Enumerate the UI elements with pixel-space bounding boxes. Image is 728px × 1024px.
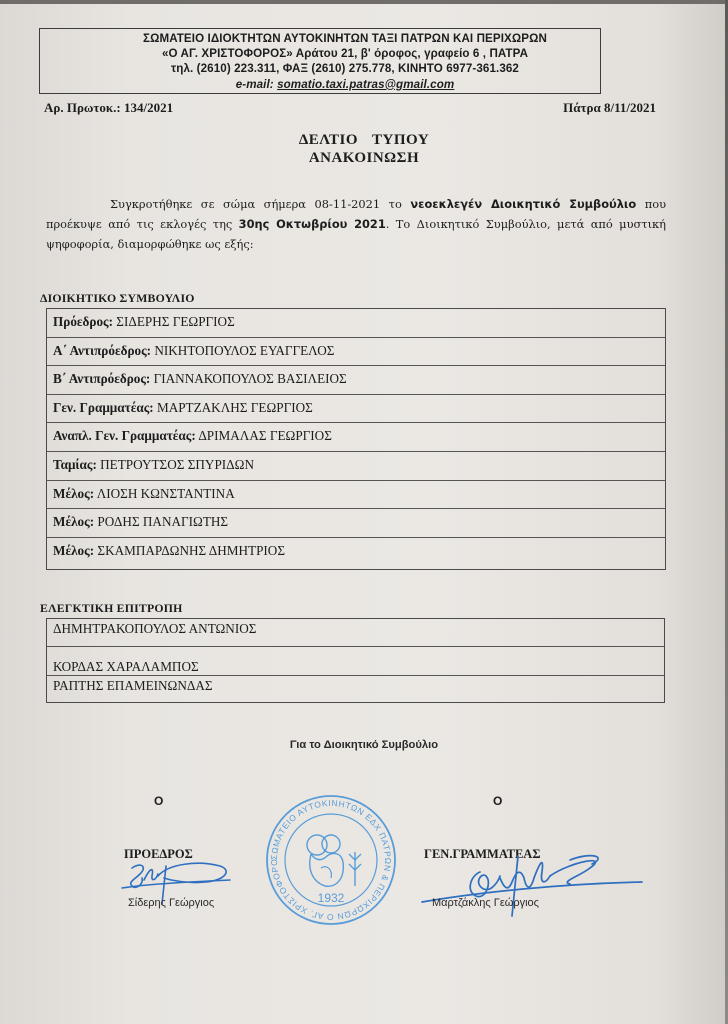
board-member-role: Αναπλ. Γεν. Γραμματέας: <box>53 428 196 443</box>
left-article: Ο <box>154 794 163 808</box>
audit-member-row: ΔΗΜΗΤΡΑΚΟΠΟΥΛΟΣ ΑΝΤΩΝΙΟΣ <box>47 619 664 647</box>
email-link[interactable]: somatio.taxi.patras@gmail.com <box>277 78 454 91</box>
board-member-name: ΛΙΟΣΗ ΚΩΝΣΤΑΝΤΙΝΑ <box>97 486 235 501</box>
letterhead-address: «Ο ΑΓ. ΧΡΙΣΤΟΦΟΡΟΣ» Αράτου 21, β' όροφος… <box>90 46 600 61</box>
board-member-name: ΣΚΑΜΠΑΡΔΩΝΗΣ ΔΗΜΗΤΡΙΟΣ <box>97 543 285 558</box>
board-member-name: ΣΙΔΕΡΗΣ ΓΕΩΡΓΙΟΣ <box>116 314 234 329</box>
board-member-name: ΠΕΤΡΟΥΤΣΟΣ ΣΠΥΡΙΔΩΝ <box>100 457 254 472</box>
letterhead-phones: τηλ. (2610) 223.311, ΦΑΞ (2610) 275.778,… <box>90 61 600 76</box>
board-member-row: Μέλος: ΡΟΔΗΣ ΠΑΝΑΓΙΩΤΗΣ <box>47 509 665 538</box>
board-member-role: Α΄ Αντιπρόεδρος: <box>53 343 151 358</box>
audit-heading: ΕΛΕΓΚΤΙΚΗ ΕΠΙΤΡΟΠΗ <box>40 601 182 616</box>
board-member-row: Ταμίας: ΠΕΤΡΟΥΤΣΟΣ ΣΠΥΡΙΔΩΝ <box>47 452 665 481</box>
board-member-role: Μέλος: <box>53 543 94 558</box>
audit-member-row: ΡΑΠΤΗΣ ΕΠΑΜΕΙΝΩΝΔΑΣ <box>47 676 664 702</box>
board-member-role: Β΄ Αντιπρόεδρος: <box>53 371 150 386</box>
board-heading: ΔΙΟΙΚΗΤΙΚΟ ΣΥΜΒΟΥΛΙΟ <box>40 291 195 306</box>
board-member-row: Αναπλ. Γεν. Γραμματέας: ΔΡΙΜΑΛΑΣ ΓΕΩΡΓΙΟ… <box>47 423 665 452</box>
page-top-shadow <box>0 0 728 4</box>
board-member-name: ΓΙΑΝΝΑΚΟΠΟΥΛΟΣ ΒΑΣΙΛΕΙΟΣ <box>154 371 347 386</box>
board-member-row: Μέλος: ΣΚΑΜΠΑΡΔΩΝΗΣ ΔΗΜΗΤΡΙΟΣ <box>47 538 665 569</box>
intro-text-1: Συγκροτήθηκε σε σώμα σήμερα 08-11-2021 τ… <box>110 197 410 211</box>
association-stamp-icon: ΣΩΜΑΤΕΙΟ ΑΥΤΟΚΙΝΗΤΩΝ ΕΔΧ ΠΑΤΡΩΝ & ΠΕΡΙΧΩ… <box>261 790 401 930</box>
board-member-role: Πρόεδρος: <box>53 314 113 329</box>
board-member-row: Μέλος: ΛΙΟΣΗ ΚΩΝΣΤΑΝΤΙΝΑ <box>47 481 665 510</box>
board-member-role: Μέλος: <box>53 486 94 501</box>
board-member-row: Β΄ Αντιπρόεδρος: ΓΙΑΝΝΑΚΟΠΟΥΛΟΣ ΒΑΣΙΛΕΙΟ… <box>47 366 665 395</box>
protocol-number: Αρ. Πρωτοκ.: 134/2021 <box>44 100 173 116</box>
letterhead-email-line: e-mail: somatio.taxi.patras@gmail.com <box>90 77 600 92</box>
president-name: Σίδερης Γεώργιος <box>128 897 214 909</box>
right-article: Ο <box>493 794 502 808</box>
for-board-label: Για το Διοικητικό Συμβούλιο <box>0 739 728 751</box>
board-member-row: Γεν. Γραμματέας: ΜΑΡΤΖΑΚΛΗΣ ΓΕΩΡΓΙΟΣ <box>47 395 665 424</box>
email-label: e-mail: <box>236 78 277 91</box>
board-member-role: Γεν. Γραμματέας: <box>53 400 154 415</box>
board-member-role: Μέλος: <box>53 514 94 529</box>
document-subtitle: ΑΝΑΚΟΙΝΩΣΗ <box>0 150 728 167</box>
intro-bold-board: νεοεκλεγέν Διοικητικό Συμβούλιο <box>410 197 636 211</box>
board-member-name: ΔΡΙΜΑΛΑΣ ΓΕΩΡΓΙΟΣ <box>198 428 332 443</box>
board-member-name: ΝΙΚΗΤΟΠΟΥΛΟΣ ΕΥΑΓΓΕΛΟΣ <box>154 343 334 358</box>
document-title: ΔΕΛΤΙΟ ΤΥΠΟΥ <box>0 132 728 149</box>
board-member-row: Πρόεδρος: ΣΙΔΕΡΗΣ ΓΕΩΡΓΙΟΣ <box>47 309 665 338</box>
board-member-row: Α΄ Αντιπρόεδρος: ΝΙΚΗΤΟΠΟΥΛΟΣ ΕΥΑΓΓΕΛΟΣ <box>47 338 665 367</box>
board-member-role: Ταμίας: <box>53 457 97 472</box>
secretary-name: Μαρτζάκλης Γεώργιος <box>432 897 539 909</box>
audit-table: ΔΗΜΗΤΡΑΚΟΠΟΥΛΟΣ ΑΝΤΩΝΙΟΣΚΟΡΔΑΣ ΧΑΡΑΛΑΜΠΟ… <box>46 618 665 703</box>
board-table: Πρόεδρος: ΣΙΔΕΡΗΣ ΓΕΩΡΓΙΟΣΑ΄ Αντιπρόεδρο… <box>46 308 666 570</box>
intro-bold-date: 30ης Οκτωβρίου 2021 <box>239 217 386 231</box>
audit-member-row: ΚΟΡΔΑΣ ΧΑΡΑΛΑΜΠΟΣ <box>47 647 664 676</box>
board-member-name: ΡΟΔΗΣ ΠΑΝΑΓΙΩΤΗΣ <box>97 514 228 529</box>
letterhead: ΣΩΜΑΤΕΙΟ ΙΔΙΟΚΤΗΤΩΝ ΑΥΤΟΚΙΝΗΤΩΝ ΤΑΞΙ ΠΑΤ… <box>39 28 601 94</box>
stamp-year: 1932 <box>318 891 345 905</box>
place-date: Πάτρα 8/11/2021 <box>563 100 656 116</box>
board-member-name: ΜΑΡΤΖΑΚΛΗΣ ΓΕΩΡΓΙΟΣ <box>157 400 313 415</box>
intro-paragraph: Συγκροτήθηκε σε σώμα σήμερα 08-11-2021 τ… <box>46 194 666 254</box>
letterhead-org-name: ΣΩΜΑΤΕΙΟ ΙΔΙΟΚΤΗΤΩΝ ΑΥΤΟΚΙΝΗΤΩΝ ΤΑΞΙ ΠΑΤ… <box>90 31 600 46</box>
